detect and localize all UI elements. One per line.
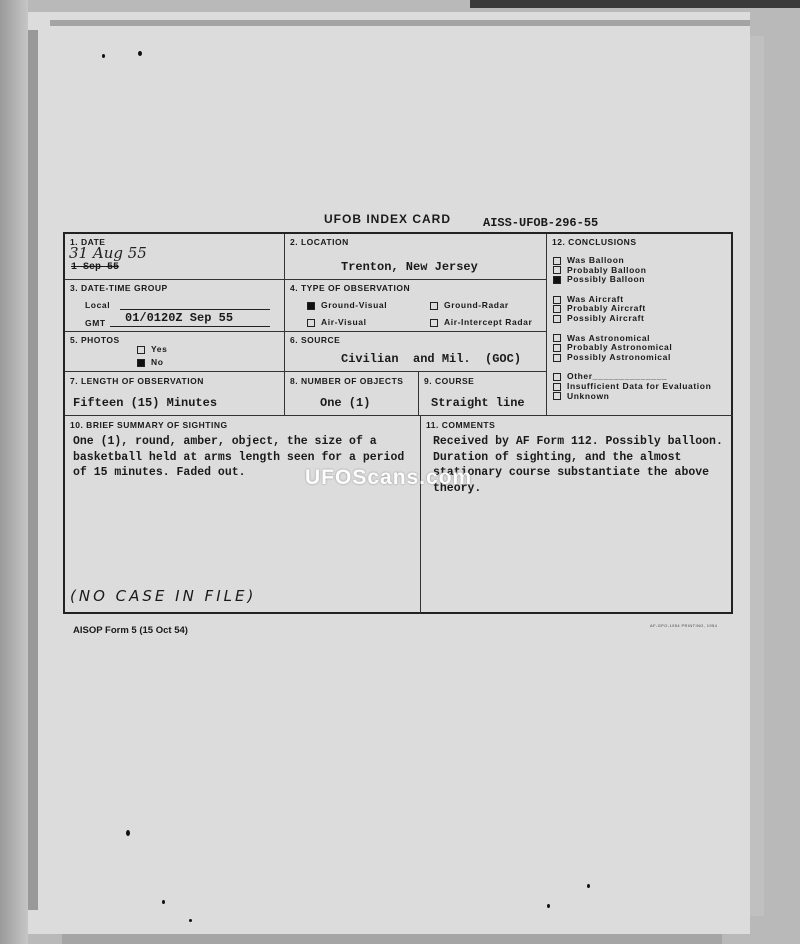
dust-speck [547, 904, 550, 908]
number-of-objects-cell: 8. NUMBER OF OBJECTS One (1) [285, 372, 419, 416]
date-handwritten: 31 Aug 55 [69, 244, 147, 262]
location-value: Trenton, New Jersey [341, 260, 478, 274]
card-title: UFOB INDEX CARD [324, 212, 451, 226]
location-cell: 2. LOCATION Trenton, New Jersey [285, 234, 547, 280]
page-edge-bottom [62, 934, 722, 944]
handwritten-note: (NO CASE IN FILE) [70, 587, 256, 605]
dust-speck [587, 884, 590, 888]
photos-cell: 5. PHOTOS Yes No [65, 332, 285, 372]
dust-speck [189, 919, 192, 922]
length-of-observation-label: 7. LENGTH OF OBSERVATION [70, 376, 204, 386]
conclusions-label: 12. CONCLUSIONS [552, 237, 637, 247]
checkbox-icon [430, 302, 438, 310]
checkbox-icon [553, 305, 561, 313]
conclusion-possibly-aircraft[interactable]: Possibly Aircraft [553, 314, 711, 324]
checkbox-checked-icon [307, 302, 315, 310]
course-cell: 9. COURSE Straight line [419, 372, 547, 416]
date-cell: 1. DATE 31 Aug 55 1 Sep 55 [65, 234, 285, 280]
date-struck-value: 1 Sep 55 [71, 262, 119, 273]
page-edge-right [750, 36, 764, 916]
option-air-visual[interactable]: Air-Visual [307, 317, 367, 327]
type-of-observation-cell: 4. TYPE OF OBSERVATION Ground-Visual Gro… [285, 280, 547, 332]
checkbox-icon [553, 354, 561, 362]
checkbox-icon [553, 266, 561, 274]
gmt-label: GMT [85, 318, 106, 328]
checkbox-icon [553, 334, 561, 342]
checkbox-checked-icon [137, 359, 145, 367]
source-label: 6. SOURCE [290, 335, 340, 345]
printer-mark: AF-GPO-1954 PRINTING, 1954 [650, 623, 717, 628]
source-value: Civilian and Mil. (GOC) [341, 352, 521, 366]
brief-summary-cell: 10. BRIEF SUMMARY OF SIGHTING One (1), r… [65, 416, 421, 614]
checkbox-icon [430, 319, 438, 327]
option-photos-yes[interactable]: Yes [137, 344, 167, 354]
option-ground-radar[interactable]: Ground-Radar [430, 300, 509, 310]
conclusions-cell: 12. CONCLUSIONS Was Balloon Probably Bal… [547, 234, 733, 416]
photos-label: 5. PHOTOS [70, 335, 120, 345]
option-photos-no[interactable]: No [137, 357, 164, 367]
number-of-objects-value: One (1) [320, 396, 370, 410]
checkbox-icon [553, 373, 561, 381]
checkbox-icon [553, 315, 561, 323]
gmt-value: 01/0120Z Sep 55 [125, 311, 233, 325]
option-air-intercept-radar[interactable]: Air-Intercept Radar [430, 317, 532, 327]
conclusion-unknown[interactable]: Unknown [553, 392, 711, 402]
length-of-observation-cell: 7. LENGTH OF OBSERVATION Fifteen (15) Mi… [65, 372, 285, 416]
type-of-observation-label: 4. TYPE OF OBSERVATION [290, 283, 410, 293]
location-label: 2. LOCATION [290, 237, 349, 247]
date-time-group-label: 3. DATE-TIME GROUP [70, 283, 168, 293]
checkbox-icon [553, 296, 561, 304]
checkbox-icon [553, 257, 561, 265]
card-number: AISS-UFOB-296-55 [483, 216, 598, 230]
brief-summary-label: 10. BRIEF SUMMARY OF SIGHTING [70, 420, 228, 430]
comments-cell: 11. COMMENTS Received by AF Form 112. Po… [421, 416, 733, 614]
date-time-group-cell: 3. DATE-TIME GROUP Local GMT 01/0120Z Se… [65, 280, 285, 332]
checkbox-icon [553, 392, 561, 400]
form-footer: AISOP Form 5 (15 Oct 54) [73, 625, 188, 636]
index-card-form: 1. DATE 31 Aug 55 1 Sep 55 2. LOCATION T… [63, 232, 733, 614]
local-field[interactable] [120, 309, 270, 310]
checkbox-icon [553, 383, 561, 391]
comments-label: 11. COMMENTS [426, 420, 495, 430]
scan-edge [0, 0, 28, 944]
course-value: Straight line [431, 396, 525, 410]
checkbox-checked-icon [553, 276, 561, 284]
dust-speck [162, 900, 165, 904]
local-label: Local [85, 300, 110, 310]
option-ground-visual[interactable]: Ground-Visual [307, 300, 387, 310]
checkbox-icon [307, 319, 315, 327]
course-label: 9. COURSE [424, 376, 474, 386]
watermark: UFOScans.com [305, 466, 472, 490]
conclusions-list: Was Balloon Probably Balloon Possibly Ba… [553, 256, 711, 401]
checkbox-icon [553, 344, 561, 352]
dust-speck [102, 54, 105, 58]
page-edge-top [50, 20, 750, 26]
source-cell: 6. SOURCE Civilian and Mil. (GOC) [285, 332, 547, 372]
conclusion-possibly-balloon[interactable]: Possibly Balloon [553, 275, 711, 285]
dust-speck [126, 830, 130, 836]
scan-shadow [470, 0, 800, 8]
number-of-objects-label: 8. NUMBER OF OBJECTS [290, 376, 403, 386]
dust-speck [138, 51, 142, 56]
gmt-field[interactable] [110, 326, 270, 327]
length-of-observation-value: Fifteen (15) Minutes [73, 396, 217, 410]
conclusion-possibly-astronomical[interactable]: Possibly Astronomical [553, 353, 711, 363]
comments-text: Received by AF Form 112. Possibly balloo… [433, 434, 729, 496]
checkbox-icon [137, 346, 145, 354]
page-edge-left [28, 30, 38, 910]
